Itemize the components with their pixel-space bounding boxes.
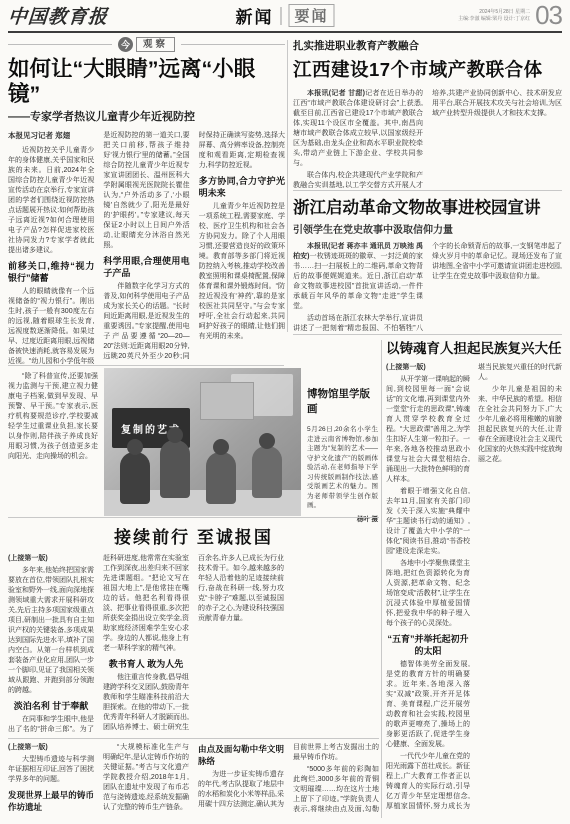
photo-caption-block: 博物馆里学版画 5月26日,20余名小学生走进云南省博物馆,参加主题为“复制的艺… (307, 372, 378, 524)
story-jiexu-columns: (上接第一版) 多年来,他始终把国家需要放在首位,带领团队扎根实验室和野外一线,… (8, 554, 379, 735)
story-kaogu-columns: (上接第一版) 大型铸币遗迹与科学测年证据相互印证,回答了困扰学界多年的问题。 … (8, 743, 379, 819)
headline-zhuhun: 以铸魂育人担起民族复兴大任 (386, 337, 562, 357)
story-eye-continuation: “除了科普宣传,还要加强视力监测与干预,建立视力健康电子档案,做到早发现、早预警… (8, 372, 98, 514)
divider (8, 738, 379, 739)
subhead-eye-3: 多方协同,合力守护光明未来 (199, 175, 285, 199)
page-header: 中国教育报 新闻 要闻 2024年5月28日 星期二 主编:李澈 编辑:梁丹 设… (8, 0, 562, 33)
photo-person (206, 452, 236, 504)
wire-intro: 本报讯(记者 甘甜) (307, 90, 365, 97)
section-tabs: 新闻 要闻 (235, 3, 334, 28)
photo-person (160, 440, 190, 498)
photo-caption: 5月26日,20余名小学生走进云南省博物馆,参加主题为“复制的艺术——守护文化遗… (307, 425, 378, 511)
paragraph: “除了科普宣传,还要加强视力监测与干预,建立视力健康电子档案,做到早发现、早预警… (8, 372, 98, 462)
continued-from-page-one: (上接第一版) (8, 743, 94, 753)
subhead-kaogu-2: 由点及面勾勒中华文明脉络 (198, 743, 284, 767)
story-jiexu: 接续前行 至诚报国 (上接第一版) 多年来,他始终把国家需要放在首位,带领团队扎… (8, 521, 379, 735)
story-zhejiang: 浙江启动革命文物故事进校园宣讲 引领学生在党史故事中汲取信仰力量 本报讯(记者 … (293, 194, 562, 332)
masthead-logo: 中国教育报 (7, 2, 109, 29)
paragraph: “大规模标准化生产与明确纪年,是认定铸币作坊的关键证据。”考古与文化遗产学院教授… (103, 743, 189, 813)
headline-jiangxi: 江西建设17个市域产教联合体 (293, 56, 562, 82)
badge-rule-left (8, 44, 112, 45)
continued-from-page-one: (上接第一版) (386, 363, 470, 373)
paragraph-text: 一枚锈迹斑斑的徽章、一封泛黄的家书……扫一扫展板上的二维码,革命文物背后的故事便… (293, 253, 423, 310)
paragraph: 本报讯(记者 甘甜)记者在近日举办的江西“市域产教联合体建设研讨会”上获悉,截至… (293, 89, 423, 169)
divider (381, 340, 382, 818)
news-photo: 复制的艺术 (104, 368, 301, 516)
photo-person (120, 452, 150, 504)
story-jiangxi-columns: 本报讯(记者 甘甜)记者在近日举办的江西“市域产教联合体建设研讨会”上获悉,截至… (293, 89, 562, 188)
divider (8, 517, 379, 518)
story-jiangxi: 扎实推进职业教育产教融合 江西建设17个市域产教联合体 本报讯(记者 甘甜)记者… (293, 38, 562, 188)
badge-today-icon: 今 (118, 37, 133, 52)
subhead-eye-1: 前移关口,维持“视力银行”储蓄 (8, 260, 94, 284)
paragraph: 多年来,他始终把国家需要放在首位,带领团队扎根实验室和野外一线,面向深地探测领域… (8, 566, 94, 696)
story-kaogu: (上接第一版) 大型铸币遗迹与科学测年证据相互印证,回答了困扰学界多年的问题。 … (8, 743, 379, 819)
subhead-kaogu-1: 发现世界上最早的铸币作坊遗址 (8, 789, 94, 813)
subtitle-eye: ——专家学者热议儿童青少年近视防控 (8, 108, 285, 124)
paragraph: 近视防控关乎儿童青少年的身体健康,关乎国家和民族的未来。日前,2024年全国综合… (8, 146, 94, 256)
story-eye-protection: 今 观察 如何让“大眼睛”远离“小眼镜” ——专家学者热议儿童青少年近视防控 本… (8, 36, 285, 366)
date-line: 2024年5月28日 星期二 (458, 9, 530, 16)
tab-divider (280, 7, 281, 25)
kicker-jiangxi: 扎实推进职业教育产教融合 (293, 38, 562, 53)
divider (293, 190, 562, 191)
photo-board-shape (200, 382, 254, 420)
headline-jiexu: 接续前行 至诚报国 (8, 523, 379, 548)
paragraph-text: 记者在近日举办的江西“市域产教联合体建设研讨会”上获悉,截至目前,江西省已建设1… (293, 90, 423, 167)
deck-zhejiang: 引领学生在党史故事中汲取信仰力量 (293, 221, 562, 236)
story-zhuhun: 以铸魂育人担起民族复兴大任 (上接第一版) 从开学第一课响起的瞬间,到校园里每一… (386, 337, 562, 820)
photo-title: 博物馆里学版画 (307, 386, 378, 416)
subhead-zhuhun: “五育”并举托起初升的太阳 (386, 633, 470, 657)
photo-person (252, 446, 282, 498)
badge-rule-right (181, 44, 285, 45)
paragraph: 德智体美劳全面发展,是党的教育方针的明确要求。近年来,各地深入落实“双减”政策,… (386, 660, 470, 750)
paragraph: 从开学第一课响起的瞬间,到校园里每一面“会说话”的文化墙,再到课堂内外一堂堂“行… (386, 375, 470, 485)
page-number: 03 (535, 0, 562, 31)
tab-highlights: 要闻 (288, 4, 334, 27)
story-eye-columns: 本报见习记者 郑翅 近视防控关乎儿童青少年的身体健康,关乎国家和民族的未来。日前… (8, 131, 285, 366)
divider (293, 334, 562, 335)
staff-line: 主编:李澈 编辑:梁丹 设计:丁京红 (458, 16, 530, 23)
divider (287, 40, 288, 332)
subhead-jiexu-2: 教书育人 敢为人先 (103, 658, 189, 670)
tab-news: 新闻 (235, 3, 273, 28)
observe-badge: 今 观察 (118, 37, 175, 52)
badge-label: 观察 (136, 37, 175, 52)
paragraph: 少年儿童是祖国的未来、中华民族的希望。相信在全社会共同努力下,广大少年儿童必将用… (478, 385, 562, 465)
paragraph: 儿童青少年近视防控是一项系统工程,需要家庭、学校、医疗卫生机构和社会各方协同发力… (199, 202, 285, 342)
header-meta: 2024年5月28日 星期二 主编:李澈 编辑:梁丹 设计:丁京红 03 (458, 0, 562, 31)
column-badge-row: 今 观察 (8, 36, 285, 52)
paragraph: 本报讯(记者 蒋亦丰 通讯员 万映池 禹柏安)一枚锈迹斑斑的徽章、一封泛黄的家书… (293, 242, 423, 312)
divider (8, 365, 284, 366)
headline-eye: 如何让“大眼睛”远离“小眼镜” (8, 57, 285, 106)
byline-eye: 本报见习记者 郑翅 (8, 131, 94, 141)
continued-from-page-one: (上接第一版) (8, 554, 94, 564)
story-zhejiang-columns: 本报讯(记者 蒋亦丰 通讯员 万映池 禹柏安)一枚锈迹斑斑的徽章、一封泛黄的家书… (293, 242, 562, 332)
paragraph: 大型铸币遗迹与科学测年证据相互印证,回答了困扰学界多年的问题。 (8, 755, 94, 785)
newspaper-page: 中国教育报 新闻 要闻 2024年5月28日 星期二 主编:李澈 编辑:梁丹 设… (0, 0, 570, 824)
story-zhuhun-columns: (上接第一版) 从开学第一课响起的瞬间,到校园里每一面“会说话”的文化墙,再到课… (386, 363, 562, 819)
subhead-eye-2: 科学用眼,合理使用电子产品 (103, 255, 189, 279)
subhead-jiexu-1: 淡泊名利 甘于奉献 (8, 700, 94, 712)
paragraph: 着眼于增强文化自信,去年11月,国家有关部门印发《关于深入实施“典耀中华”主题读… (386, 487, 470, 557)
headline-zhejiang: 浙江启动革命文物故事进校园宣讲 (293, 194, 562, 218)
paragraph: 各地中小学聚焦课堂主阵地,把红色资源转化为育人资源,把革命文物、纪念场馆变成“活… (386, 559, 470, 629)
